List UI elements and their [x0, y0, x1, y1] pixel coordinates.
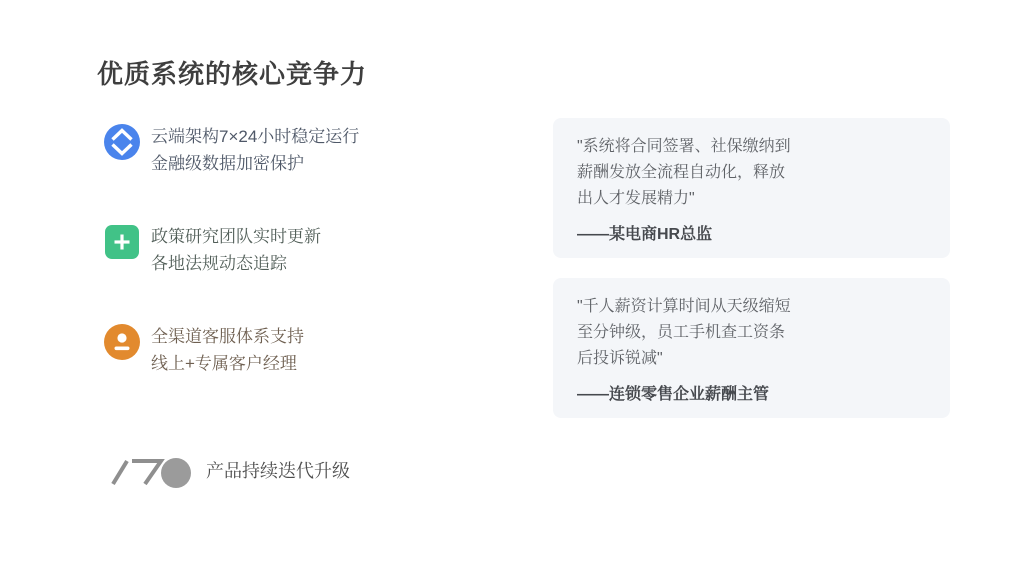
feature-item-policy: 政策研究团队实时更新 各地法规动态追踪	[104, 222, 321, 277]
testimonial-card: "系统将合同签署、社保缴纳到 薪酬发放全流程自动化，释放 出人才发展精力" ——…	[553, 118, 950, 258]
footer-note: 产品持续迭代升级	[104, 448, 350, 492]
slide: 优质系统的核心竞争力 云端架构7×24小时稳定运行 金融级数据加密保护 政策研究…	[0, 0, 1024, 576]
quote-line: 至分钟级，员工手机查工资条	[577, 320, 926, 346]
testimonial-card: "千人薪资计算时间从天级缩短 至分钟级，员工手机查工资条 后投诉锐减" ——连锁…	[553, 278, 950, 418]
feature-line: 政策研究团队实时更新	[151, 223, 321, 250]
feature-text: 政策研究团队实时更新 各地法规动态追踪	[151, 222, 321, 277]
quote-line: "千人薪资计算时间从天级缩短	[577, 294, 926, 320]
footer-note-text: 产品持续迭代升级	[206, 457, 350, 483]
customer-service-user-icon	[104, 324, 140, 360]
page-title: 优质系统的核心竞争力	[97, 54, 367, 91]
pencil-circle-icon	[104, 448, 192, 492]
quote-attribution: ——某电商HR总监	[577, 221, 926, 244]
feature-line: 各地法规动态追踪	[151, 250, 321, 277]
quote-line: 薪酬发放全流程自动化，释放	[577, 160, 926, 186]
feature-line: 线上+专属客户经理	[151, 350, 304, 377]
quote-line: 后投诉锐减"	[577, 346, 926, 372]
feature-line: 云端架构7×24小时稳定运行	[151, 123, 359, 150]
feature-line: 全渠道客服体系支持	[151, 323, 304, 350]
feature-line: 金融级数据加密保护	[151, 150, 359, 177]
plus-icon	[104, 224, 140, 260]
quote-line: 出人才发展精力"	[577, 186, 926, 212]
feature-text: 全渠道客服体系支持 线上+专属客户经理	[151, 322, 304, 377]
quote-line: "系统将合同签署、社保缴纳到	[577, 134, 926, 160]
feature-item-cloud: 云端架构7×24小时稳定运行 金融级数据加密保护	[104, 122, 359, 177]
feature-item-support: 全渠道客服体系支持 线上+专属客户经理	[104, 322, 304, 377]
feature-text: 云端架构7×24小时稳定运行 金融级数据加密保护	[151, 122, 359, 177]
quote-attribution: ——连锁零售企业薪酬主管	[577, 381, 926, 404]
cloud-diamond-icon	[104, 124, 140, 160]
